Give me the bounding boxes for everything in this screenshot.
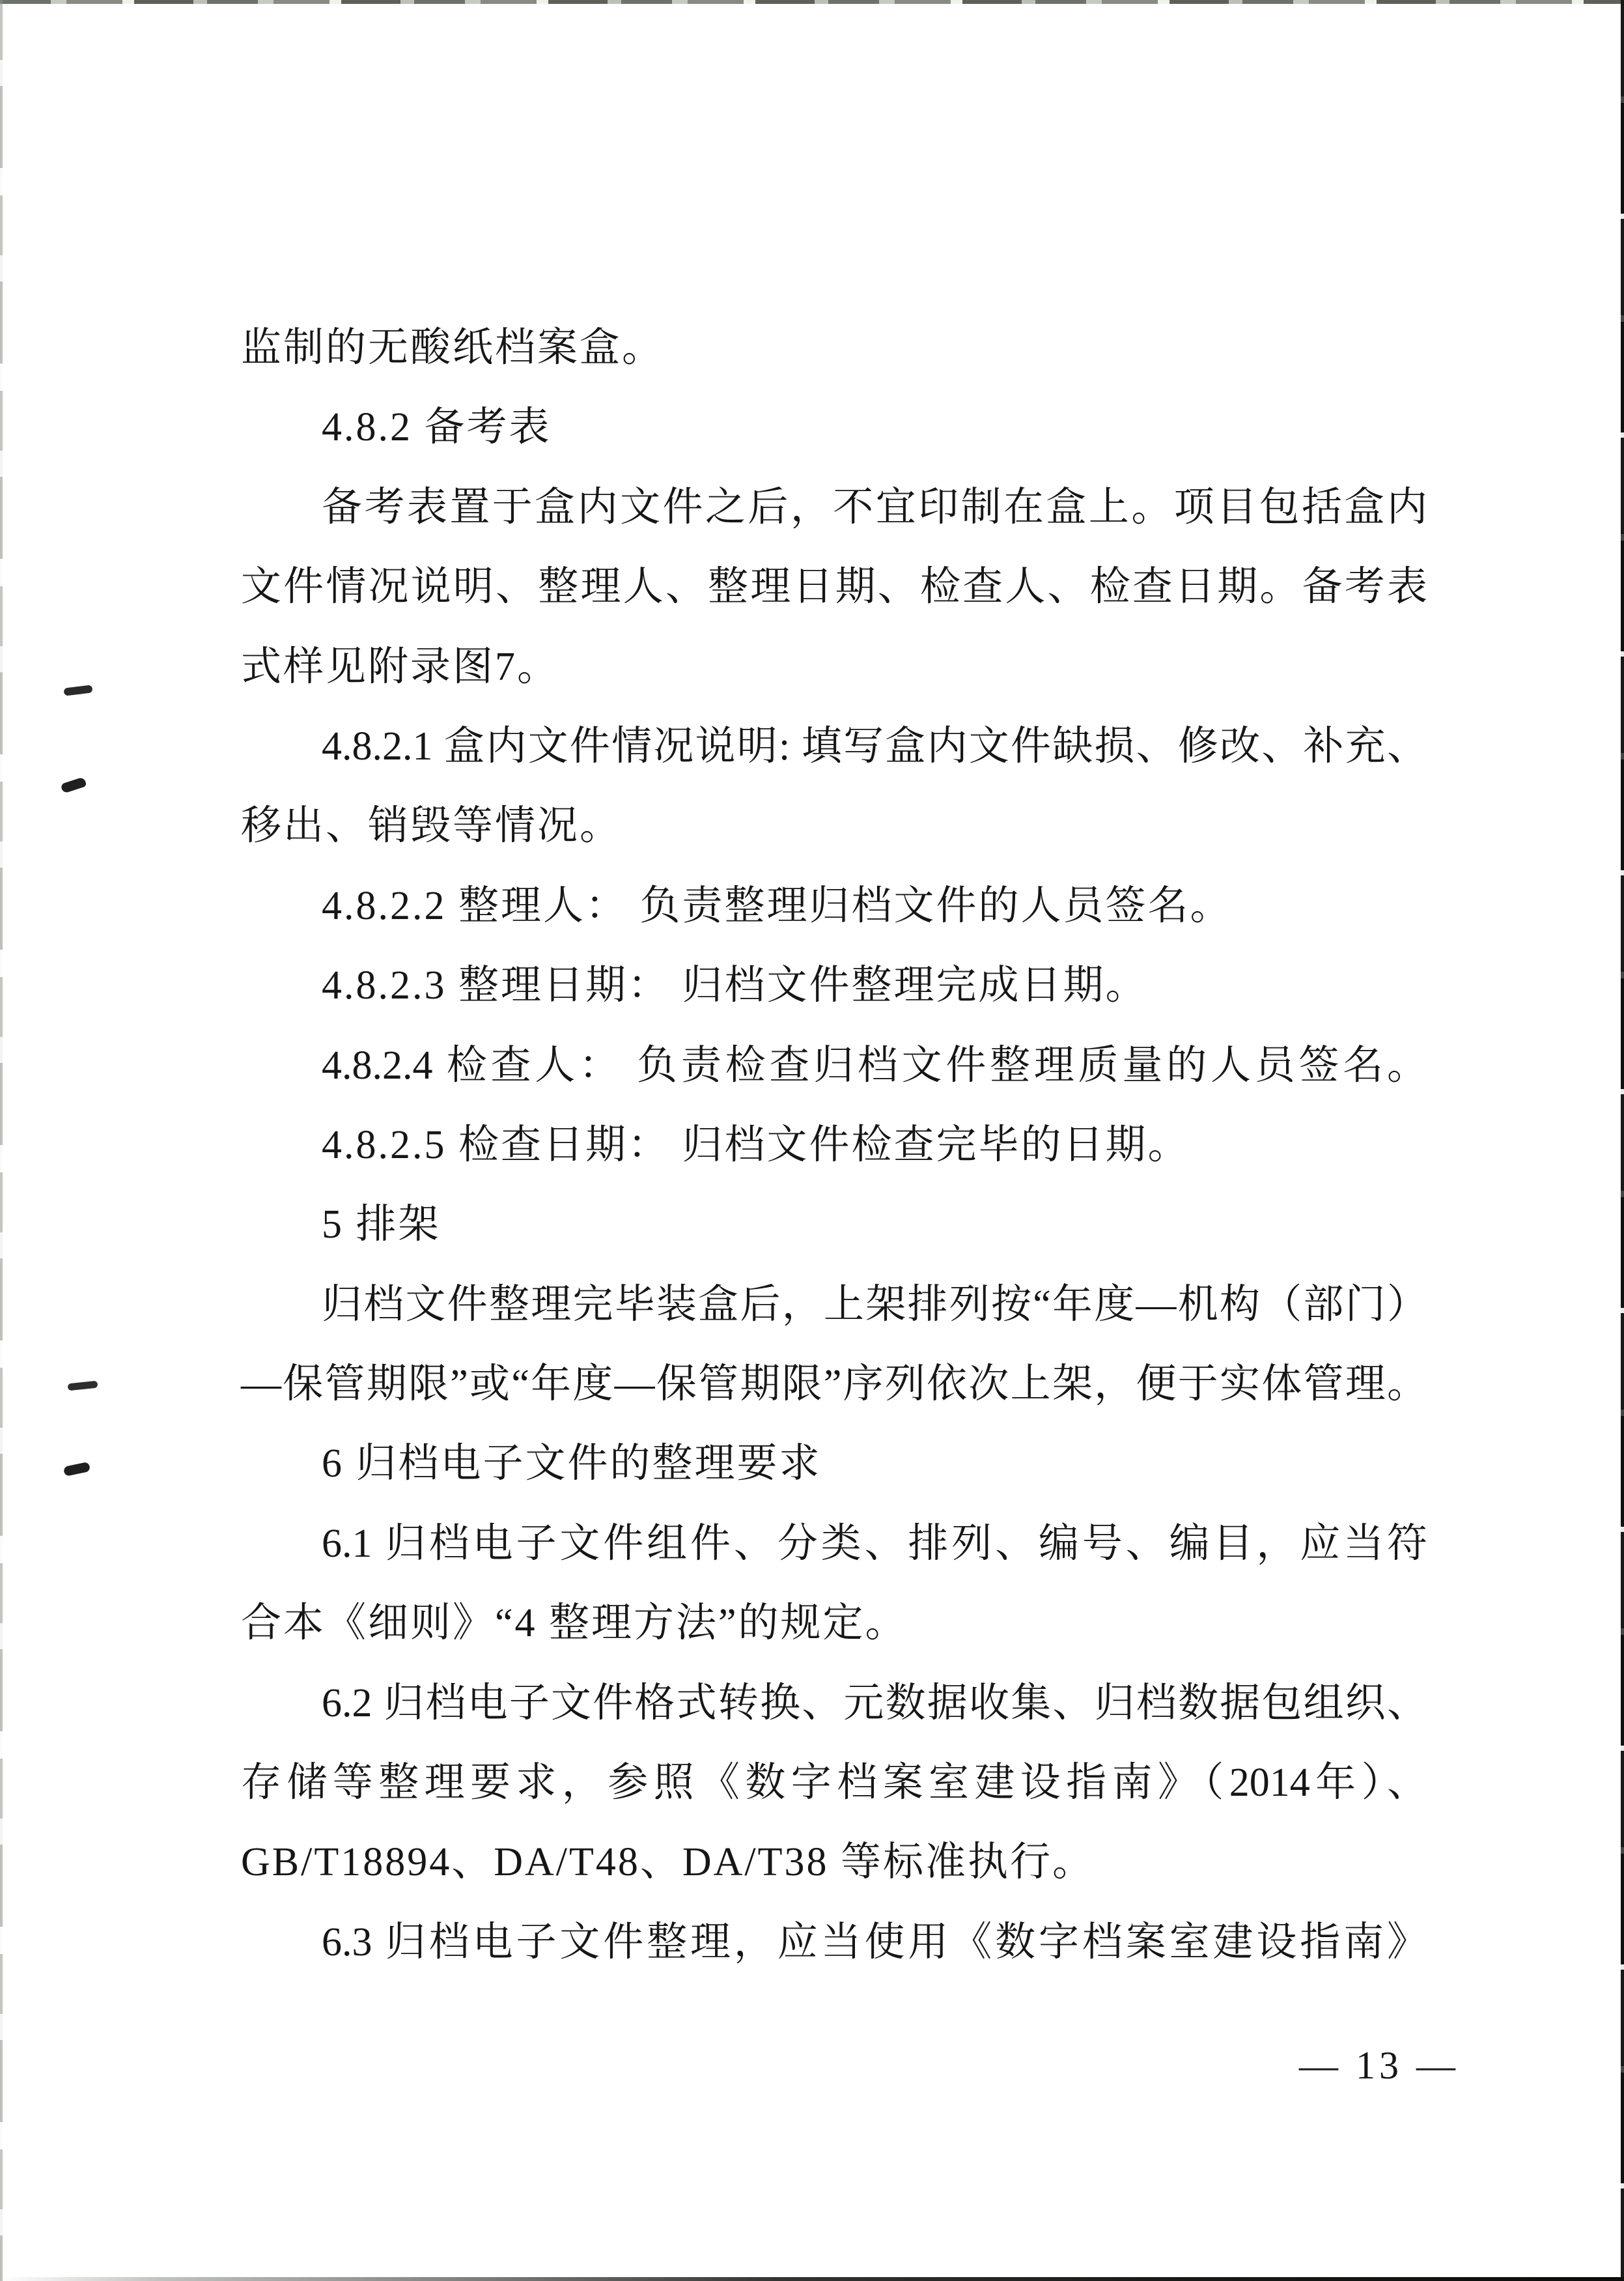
text-line-10: 4.8.2.4 检查人： 负责检查归档文件整理质量的人员签名。 xyxy=(241,1026,1427,1105)
text-line-1: 监制的无酸纸档案盒。 xyxy=(241,308,1427,388)
text-line-7: 移出、销毁等情况。 xyxy=(241,786,1427,866)
text-line-5: 式样见附录图7。 xyxy=(241,627,1427,707)
margin-speck-1 xyxy=(63,685,92,696)
text-line-2: 4.8.2 备考表 xyxy=(241,388,1427,467)
text-line-6: 4.8.2.1 盒内文件情况说明: 填写盒内文件缺损、修改、补充、 xyxy=(241,707,1427,786)
scan-edge-bottom xyxy=(0,2277,1624,2281)
text-line-16: 6.1 归档电子文件组件、分类、排列、编号、编目，应当符 xyxy=(241,1504,1427,1583)
text-line-18: 6.2 归档电子文件格式转换、元数据收集、归档数据包组织、 xyxy=(241,1664,1427,1743)
margin-speck-3 xyxy=(68,1381,98,1391)
text-line-19: 存储等整理要求，参照《数字档案室建设指南》（2014年）、 xyxy=(241,1743,1427,1822)
scan-edge-left xyxy=(0,0,3,2281)
margin-speck-4 xyxy=(63,1462,91,1477)
text-line-17: 合本《细则》“4 整理方法”的规定。 xyxy=(241,1583,1427,1663)
text-line-21: 6.3 归档电子文件整理，应当使用《数字档案室建设指南》 xyxy=(241,1903,1427,1982)
text-line-4: 文件情况说明、整理人、整理日期、检查人、检查日期。备考表 xyxy=(241,547,1427,627)
page-number: — 13 — xyxy=(1299,2044,1459,2087)
text-line-15: 6 归档电子文件的整理要求 xyxy=(241,1424,1427,1503)
text-line-8: 4.8.2.2 整理人： 负责整理归档文件的人员签名。 xyxy=(241,866,1427,946)
scan-edge-top xyxy=(0,0,1624,4)
text-line-3: 备考表置于盒内文件之后，不宜印制在盒上。项目包括盒内 xyxy=(241,468,1427,547)
text-line-20: GB/T18894、DA/T48、DA/T38 等标准执行。 xyxy=(241,1822,1427,1902)
text-line-13: 归档文件整理完毕装盒后，上架排列按“年度—机构（部门） xyxy=(241,1265,1427,1344)
text-line-14: —保管期限”或“年度—保管期限”序列依次上架，便于实体管理。 xyxy=(241,1344,1427,1424)
margin-speck-2 xyxy=(61,776,87,793)
text-line-12: 5 排架 xyxy=(241,1185,1427,1264)
text-line-11: 4.8.2.5 检查日期： 归档文件检查完毕的日期。 xyxy=(241,1105,1427,1185)
text-line-9: 4.8.2.3 整理日期： 归档文件整理完成日期。 xyxy=(241,946,1427,1025)
scan-edge-right xyxy=(1621,0,1624,2281)
text-block: 监制的无酸纸档案盒。4.8.2 备考表备考表置于盒内文件之后，不宜印制在盒上。项… xyxy=(241,308,1427,1982)
document-page: 监制的无酸纸档案盒。4.8.2 备考表备考表置于盒内文件之后，不宜印制在盒上。项… xyxy=(0,0,1624,2281)
